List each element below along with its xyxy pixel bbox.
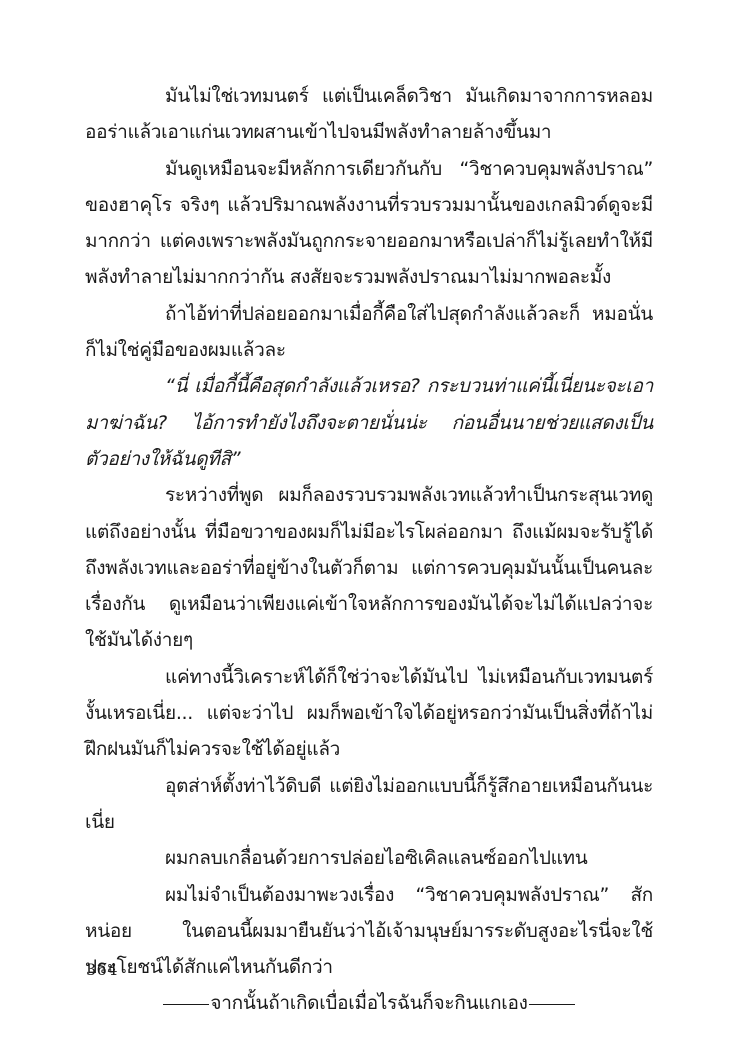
paragraph-6: แค่ทางนี้วิเคราะห์ได้ก็ใช่ว่าจะได้มันไป … — [85, 659, 653, 768]
dialogue-paragraph: “นี่ เมื่อกี้นี้คือสุดกำลังแล้วเหรอ? กระ… — [85, 368, 653, 477]
paragraph-8: ผมกลบเกลื่อนด้วยการปล่อยไอซิเคิลแลนซ์ออก… — [85, 840, 653, 876]
book-page-body: มันไม่ใช่เวทมนตร์ แต่เป็นเคล็ดวิชา มันเก… — [85, 78, 653, 1022]
em-dash-right — [529, 1004, 575, 1005]
em-dash-left — [163, 1004, 209, 1005]
paragraph-2: มันดูเหมือนจะมีหลักการเดียวกันกับ “วิชาค… — [85, 151, 653, 296]
paragraph-5: ระหว่างที่พูด ผมก็ลองรวบรวมพลังเวทแล้วทำ… — [85, 477, 653, 658]
section-break-text: จากนั้นถ้าเกิดเบื่อเมื่อไรฉันก็จะกินแกเอ… — [210, 992, 527, 1014]
paragraph-1: มันไม่ใช่เวทมนตร์ แต่เป็นเคล็ดวิชา มันเก… — [85, 78, 653, 151]
page-number: 364 — [86, 960, 118, 979]
paragraph-3: ถ้าไอ้ท่าที่ปล่อยออกมาเมื่อกี้คือใส่ไปสุ… — [85, 296, 653, 369]
paragraph-7: อุตส่าห์ตั้งท่าไว้ดิบดี แต่ยิงไม่ออกแบบน… — [85, 768, 653, 841]
section-break: จากนั้นถ้าเกิดเบื่อเมื่อไรฉันก็จะกินแกเอ… — [85, 985, 653, 1021]
paragraph-9: ผมไม่จำเป็นต้องมาพะวงเรื่อง “วิชาควบคุมพ… — [85, 877, 653, 986]
